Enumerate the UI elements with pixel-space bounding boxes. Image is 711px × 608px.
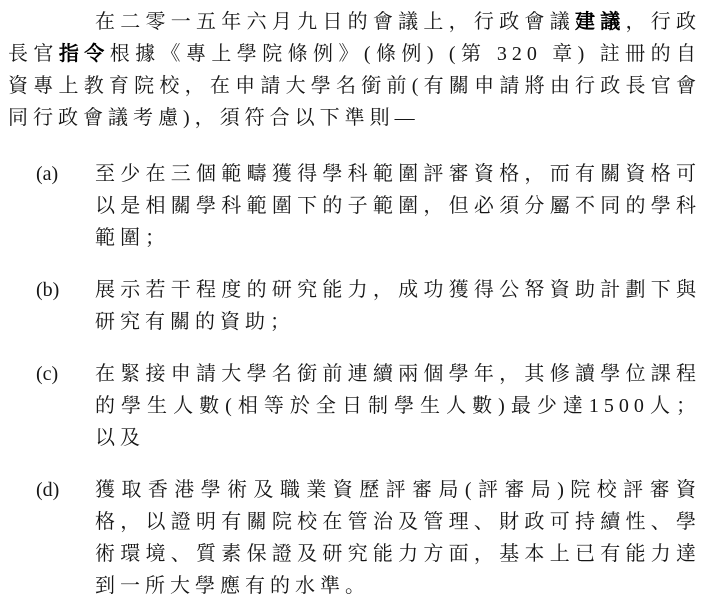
list-item-label-d: (d) — [36, 474, 59, 506]
list-item-label-a: (a) — [36, 158, 58, 190]
list-item-label-b: (b) — [36, 274, 59, 306]
intro-bold-term-1: 建議 — [575, 11, 626, 33]
list-item-text-b: 展示若干程度的研究能力，成功獲得公帑資助計劃下與研究有關的資助； — [95, 279, 701, 333]
intro-paragraph: 在二零一五年六月九日的會議上，行政會議建議，行政長官指令根據《專上學院條例》(條… — [8, 6, 701, 134]
intro-text-3: 根據《專上學院條例》(條例) (第 320 章) 註冊的自資專上教育院校，在申請… — [8, 43, 701, 129]
list-item-d: (d)獲取香港學術及職業資歷評審局(評審局)院校評審資格，以證明有關院校在管治及… — [8, 474, 701, 602]
list-item-a: (a)至少在三個範疇獲得學科範圍評審資格，而有關資格可以是相關學科範圍下的子範圍… — [8, 158, 701, 254]
list-item-text-c: 在緊接申請大學名銜前連續兩個學年，其修讀學位課程的學生人數(相等於全日制學生人數… — [95, 363, 701, 449]
list-item-label-c: (c) — [36, 358, 58, 390]
intro-text-1: 在二零一五年六月九日的會議上，行政會議 — [95, 11, 575, 33]
list-item-text-a: 至少在三個範疇獲得學科範圍評審資格，而有關資格可以是相關學科範圍下的子範圍，但必… — [95, 163, 701, 249]
intro-bold-term-2: 指令 — [59, 43, 110, 65]
list-item-c: (c)在緊接申請大學名銜前連續兩個學年，其修讀學位課程的學生人數(相等於全日制學… — [8, 358, 701, 454]
document-page: 在二零一五年六月九日的會議上，行政會議建議，行政長官指令根據《專上學院條例》(條… — [0, 0, 711, 608]
list-item-text-d: 獲取香港學術及職業資歷評審局(評審局)院校評審資格，以證明有關院校在管治及管理、… — [95, 479, 701, 597]
list-item-b: (b)展示若干程度的研究能力，成功獲得公帑資助計劃下與研究有關的資助； — [8, 274, 701, 338]
